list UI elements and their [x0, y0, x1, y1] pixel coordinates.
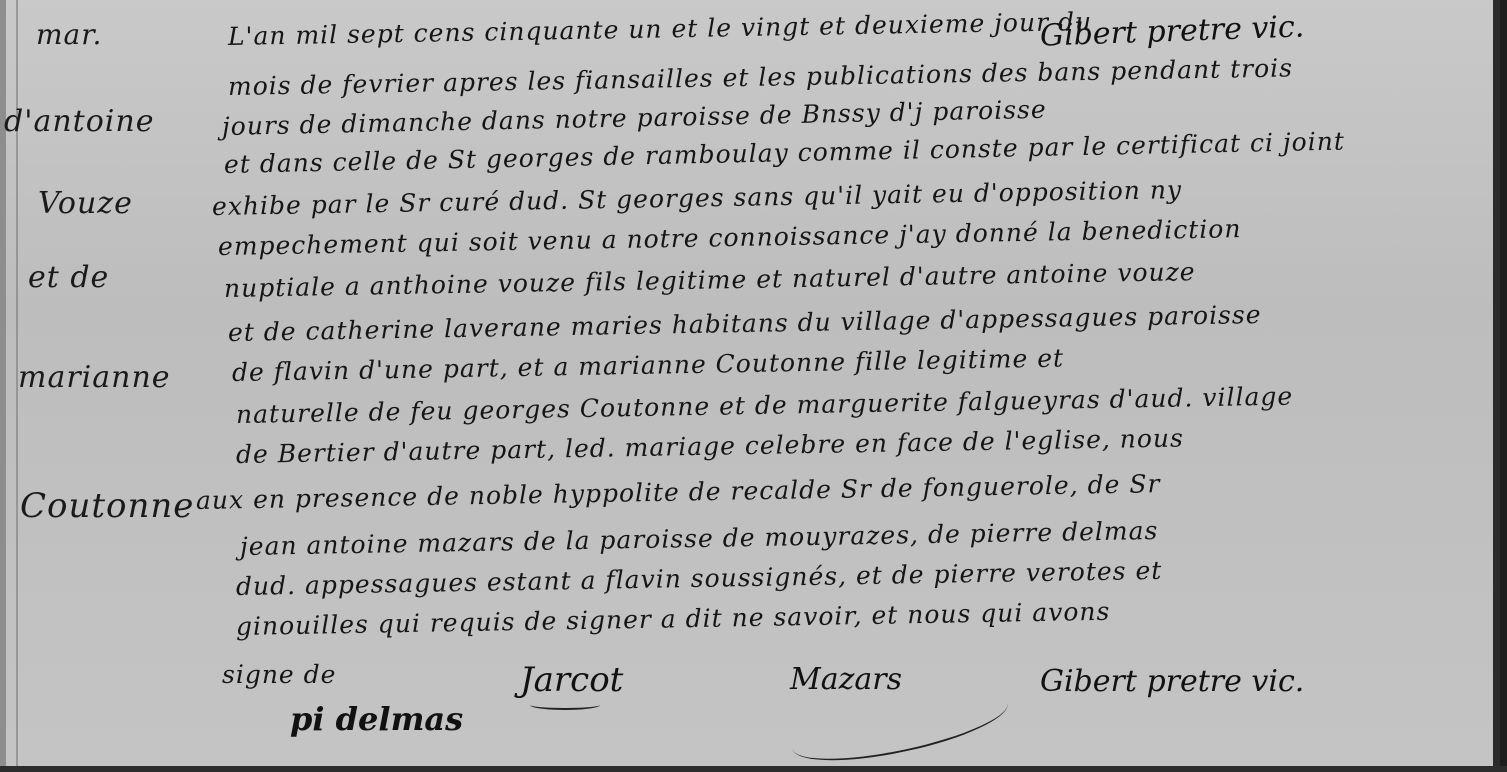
body-line: empechement qui soit venu a notre connoi… — [218, 214, 1242, 261]
body-line: mois de fevrier apres les fiansailles et… — [228, 53, 1293, 101]
body-line: et de catherine laverane maries habitans… — [228, 300, 1262, 347]
body-line: L'an mil sept cens cinquante un et le vi… — [228, 7, 1093, 51]
bottom-bar — [0, 766, 1507, 772]
margin-note-mar: mar. — [36, 18, 102, 51]
page-edge — [1493, 0, 1500, 766]
margin-note-groom-surname: Vouze — [38, 186, 133, 221]
body-line: nuptiale a anthoine vouze fils legitime … — [224, 257, 1196, 303]
body-line: naturelle de feu georges Coutonne et de … — [236, 382, 1294, 429]
margin-note-bride-surname: Coutonne — [20, 486, 194, 526]
body-line: de flavin d'une part, et a marianne Cout… — [232, 343, 1065, 387]
signature-underline — [530, 700, 600, 710]
signature-gibert: Gibert pretre vic. — [1040, 664, 1304, 699]
body-line: ginouilles qui requis de signer a dit ne… — [236, 597, 1111, 641]
body-line: jean antoine mazars de la paroisse de mo… — [240, 516, 1159, 561]
signature-delmas: pi delmas — [290, 700, 463, 738]
body-line: signe de — [222, 660, 336, 689]
body-line: de Bertier d'autre part, led. mariage ce… — [236, 423, 1184, 469]
margin-note-et-de: et de — [28, 260, 109, 295]
body-line: exhibe par le Sr curé dud. St georges sa… — [212, 175, 1183, 221]
signature-jarcot: Jarcot — [520, 660, 623, 700]
register-page: mar. d'antoine Vouze et de marianne Cout… — [0, 0, 1500, 766]
body-line: dud. appessagues estant a flavin soussig… — [236, 556, 1163, 601]
margin-note-groom-firstname: d'antoine — [4, 104, 154, 139]
margin-note-bride-firstname: marianne — [18, 360, 171, 395]
body-line: aux en presence de noble hyppolite de re… — [196, 469, 1161, 515]
body-line: jours de dimanche dans notre paroisse de… — [222, 95, 1047, 141]
signature-mazars: Mazars — [790, 662, 902, 697]
